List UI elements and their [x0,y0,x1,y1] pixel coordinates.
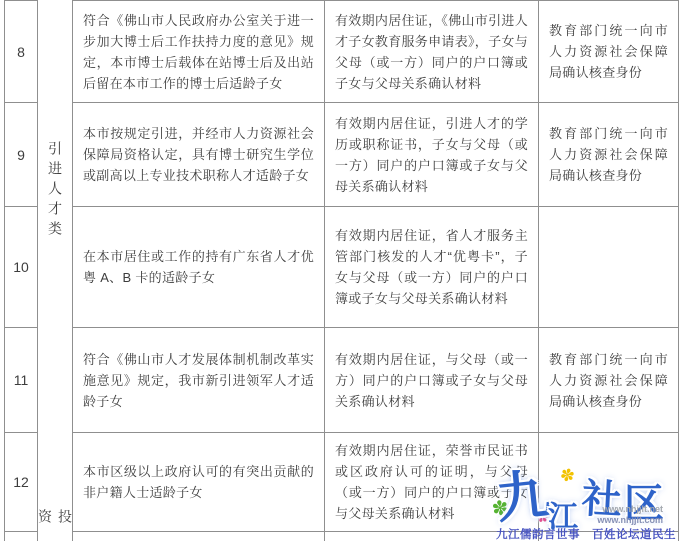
condition-text: 在本市居住或工作的持有广东省人才优粤 A、B 卡的适龄子女 [83,246,314,288]
partial-row-cell [73,532,325,541]
category-label-talent: 引进人才类 [45,141,65,241]
row-number: 11 [14,372,29,388]
row-number-cell: 11 [4,328,38,433]
category-label-investment: 投资 [38,433,73,541]
category-cell-investment: 投资 [38,433,73,541]
verification-cell: 教育部门统一向市人力资源社会保障局确认核查身份 [539,0,679,103]
materials-text: 有效期内居住证，荣誉市民证书或区政府认可的证明，与父母（或一方）同户的户口簿或子… [335,440,528,524]
row-number: 10 [13,259,29,275]
condition-cell: 在本市居住或工作的持有广东省人才优粤 A、B 卡的适龄子女 [73,207,325,328]
materials-cell: 有效期内居住证，引进人才的学历或职称证书，子女与父母（或一方）同户的户口簿或子女… [325,103,539,207]
row-number-cell: 10 [4,207,38,328]
materials-cell: 有效期内居住证，省人才服务主管部门核发的人才“优粤卡”，子女与父母（或一方）同户… [325,207,539,328]
partial-row-cell [539,532,679,541]
verification-cell [539,433,679,532]
materials-text: 有效期内居住证，与父母（或一方）同户的户口簿或子女与父母关系确认材料 [335,349,528,412]
row-number-cell: 9 [4,103,38,207]
row-number: 9 [17,147,25,163]
condition-cell: 本市按规定引进，并经市人力资源社会保障局资格认定，具有博士研究生学位或副高以上专… [73,103,325,207]
row-number: 8 [17,44,25,60]
row-number-cell: 8 [4,0,38,103]
verification-text: 教育部门统一向市人力资源社会保障局确认核查身份 [549,20,668,83]
row-number-cell: 12 [4,433,38,532]
condition-text: 本市区级以上政府认可的有突出贡献的非户籍人士适龄子女 [83,461,314,503]
condition-cell: 本市区级以上政府认可的有突出贡献的非户籍人士适龄子女 [73,433,325,532]
condition-cell: 符合《佛山市人才发展体制机制改革实施意见》规定，我市新引进领军人才适龄子女 [73,328,325,433]
condition-cell: 符合《佛山市人民政府办公室关于进一步加大博士后工作扶持力度的意见》规定，本市博士… [73,0,325,103]
verification-cell: 教育部门统一向市人力资源社会保障局确认核查身份 [539,103,679,207]
materials-cell: 有效期内居住证，《佛山市引进人才子女教育服务申请表》，子女与父母（或一方）同户的… [325,0,539,103]
row-number: 12 [13,474,29,490]
policy-table: 8 引进人才类 符合《佛山市人民政府办公室关于进一步加大博士后工作扶持力度的意见… [4,0,679,541]
materials-text: 有效期内居住证，省人才服务主管部门核发的人才“优粤卡”，子女与父母（或一方）同户… [335,225,528,309]
partial-row-cell [325,532,539,541]
materials-text: 有效期内居住证，引进人才的学历或职称证书，子女与父母（或一方）同户的户口簿或子女… [335,113,528,197]
category-cell-talent: 引进人才类 [38,0,73,433]
condition-text: 符合《佛山市人民政府办公室关于进一步加大博士后工作扶持力度的意见》规定，本市博士… [83,10,314,94]
condition-text: 符合《佛山市人才发展体制机制改革实施意见》规定，我市新引进领军人才适龄子女 [83,349,314,412]
materials-cell: 有效期内居住证，与父母（或一方）同户的户口簿或子女与父母关系确认材料 [325,328,539,433]
verification-cell [539,207,679,328]
verification-text: 教育部门统一向市人力资源社会保障局确认核查身份 [549,123,668,186]
condition-text: 本市按规定引进，并经市人力资源社会保障局资格认定，具有博士研究生学位或副高以上专… [83,123,314,186]
partial-row-cell [4,532,38,541]
materials-cell: 有效期内居住证，荣誉市民证书或区政府认可的证明，与父母（或一方）同户的户口簿或子… [325,433,539,532]
verification-text: 教育部门统一向市人力资源社会保障局确认核查身份 [549,349,668,412]
verification-cell: 教育部门统一向市人力资源社会保障局确认核查身份 [539,328,679,433]
materials-text: 有效期内居住证，《佛山市引进人才子女教育服务申请表》，子女与父母（或一方）同户的… [335,10,528,94]
